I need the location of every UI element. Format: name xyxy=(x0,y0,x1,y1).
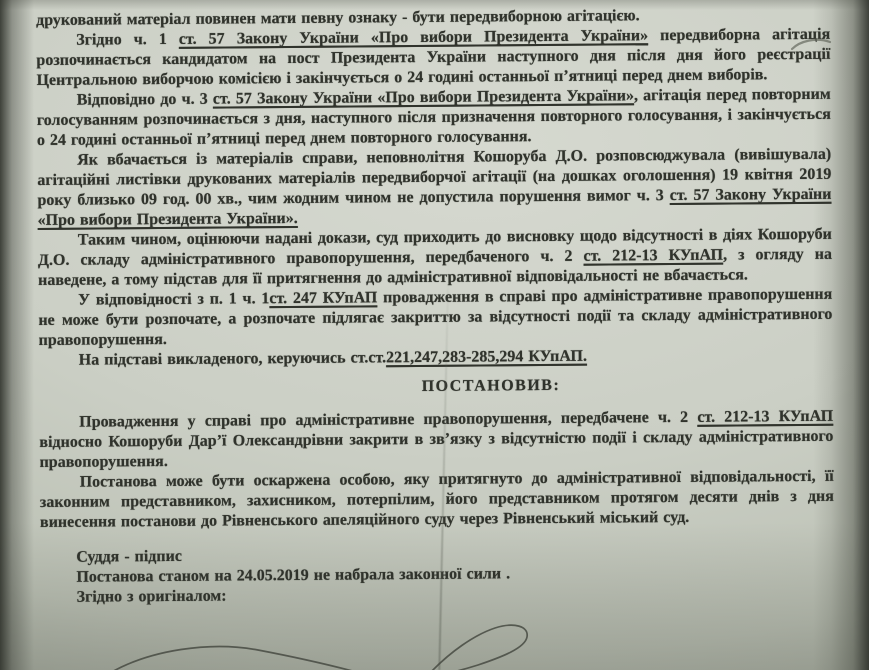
paragraph-appeal-rights: Постанова може бути оскаржена особою, як… xyxy=(40,467,834,533)
text-run: На підставі викладеного, керуючись ст.ст… xyxy=(79,349,386,368)
underlined-citation: ст. 57 Закону України «Про вибори Презид… xyxy=(179,27,648,48)
paragraph-law57-part1: Згідно ч. 1 ст. 57 Закону України «Про в… xyxy=(36,25,830,91)
document-footer: Суддя - підпис Постанова станом на 24.05… xyxy=(40,542,834,608)
underlined-citation: ст. 57 Закону України «Про вибори Презид… xyxy=(213,87,634,107)
paragraph-article-247: У відповідності з п. 1 ч. 1ст. 247 КУпАП… xyxy=(38,285,832,351)
underlined-citation: ст. 247 КУпАП xyxy=(269,289,377,307)
underlined-citation: ст. 212-13 КУпАП xyxy=(583,247,723,265)
document-body: друкований матеріал повинен мати певну о… xyxy=(36,5,835,608)
paragraph-court-conclusion: Таким чином, оцінюючи надані докази, суд… xyxy=(38,225,832,291)
text-run: Провадження у справі про адміністративне… xyxy=(79,409,697,431)
underlined-citation: 221,247,283-285,294 КУпАП. xyxy=(386,348,587,367)
paragraph-law57-part3: Відповідно до ч. 3 ст. 57 Закону України… xyxy=(37,85,831,151)
paragraph-case-facts: Як вбачається із матеріалів справи, непо… xyxy=(37,145,832,231)
resolution-heading: ПОСТАНОВИВ: xyxy=(94,373,869,399)
text-run: відносно Кошоруби Дар’ї Олександрівни за… xyxy=(39,428,833,471)
text-run: друкований матеріал повинен мати певну о… xyxy=(36,7,640,29)
text-run: У відповідності з п. 1 ч. 1 xyxy=(78,290,269,309)
text-run: Відповідно до ч. 3 xyxy=(77,91,213,109)
underlined-citation: ст. 212-13 КУпАП xyxy=(697,408,833,426)
scanned-document-page: друкований матеріал повинен мати певну о… xyxy=(0,0,869,670)
text-run: Постанова може бути оскаржена особою, як… xyxy=(40,468,834,531)
text-run: Згідно ч. 1 xyxy=(76,31,179,49)
paragraph-resolution-close-case: Провадження у справі про адміністративне… xyxy=(39,407,833,473)
